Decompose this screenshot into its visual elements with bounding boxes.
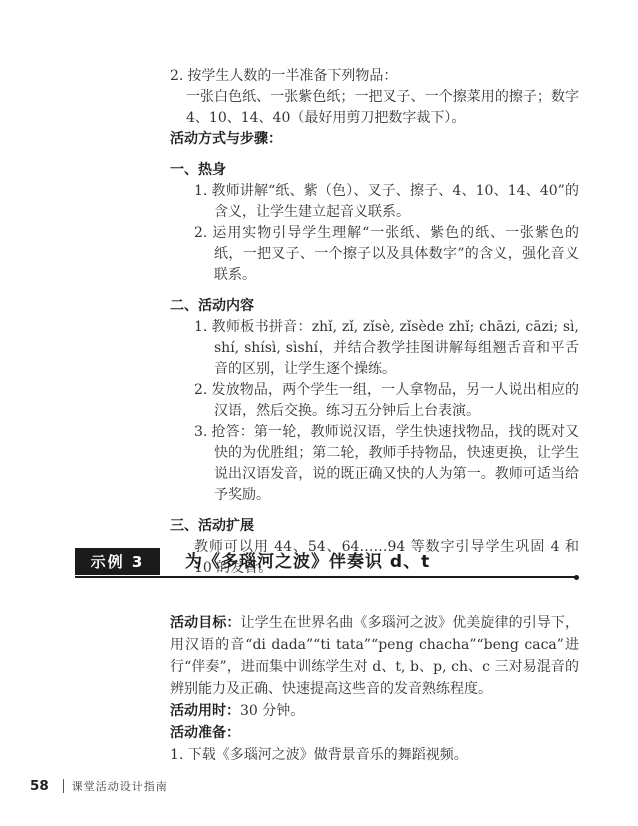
- activity-item-3-text: 抢答：第一轮，教师说汉语，学生快速找物品，找的既对又快的为优胜组；第二轮，教师手…: [211, 424, 579, 503]
- time-label: 活动用时：: [170, 703, 240, 719]
- preparation-item-2-body: 一张白色纸、一张紫色纸；一把叉子、一个擦菜用的擦子；数字 4、10、14、40（…: [186, 87, 579, 129]
- warmup-item-1: 1.教师讲解“纸、紫（色）、叉子、擦子、4、10、14、40”的含义，让学生建立…: [194, 181, 579, 223]
- page-number: 58: [30, 778, 49, 794]
- book-page: { "intro": { "item2_number": "2.", "item…: [0, 0, 638, 826]
- goal-label: 活动目标：: [170, 615, 241, 631]
- main-text-column: 2.按学生人数的一半准备下列物品： 一张白色纸、一张紫色纸；一把叉子、一个擦菜用…: [170, 66, 579, 579]
- section-heading-warmup: 一、热身: [170, 160, 579, 181]
- activity-item-1-text: 教师板书拼音：zhǐ, zǐ, zǐsè, zǐsède zhǐ; chāzi,…: [211, 319, 579, 377]
- activity-content-items: 1.教师板书拼音：zhǐ, zǐ, zǐsè, zǐsède zhǐ; chāz…: [194, 317, 579, 506]
- list-number: 2.: [170, 68, 183, 84]
- example-3-badge: 示例 3: [75, 548, 160, 575]
- warmup-item-2: 2.运用实物引导学生理解“一张纸、紫色的纸、一张紫色的纸，一把叉子、一个擦子以及…: [194, 223, 579, 286]
- list-number: 1.: [194, 183, 207, 199]
- time-line: 活动用时：30 分钟。: [170, 700, 579, 722]
- goal-paragraph: 活动目标：让学生在世界名曲《多瑙河之波》优美旋律的引导下，用汉语的音“di da…: [170, 612, 579, 700]
- example-3-title: 为《多瑙河之波》伴奏识 d、t: [185, 547, 430, 572]
- section-heading-activity-content: 二、活动内容: [170, 296, 579, 317]
- section-heading-extension: 三、活动扩展: [170, 516, 579, 537]
- list-number: 2.: [194, 225, 207, 241]
- warmup-item-1-text: 教师讲解“纸、紫（色）、叉子、擦子、4、10、14、40”的含义，让学生建立起音…: [211, 183, 579, 220]
- list-number: 1.: [194, 319, 207, 335]
- activity-item-3: 3.抢答：第一轮，教师说汉语，学生快速找物品，找的既对又快的为优胜组；第二轮，教…: [194, 422, 579, 506]
- steps-heading: 活动方式与步骤：: [170, 129, 579, 150]
- example-3-body: 活动目标：让学生在世界名曲《多瑙河之波》优美旋律的引导下，用汉语的音“di da…: [170, 612, 579, 766]
- time-text: 30 分钟。: [240, 703, 304, 719]
- activity-item-1: 1.教师板书拼音：zhǐ, zǐ, zǐsè, zǐsède zhǐ; chāz…: [194, 317, 579, 380]
- list-number: 3.: [194, 424, 207, 440]
- footer-divider: [63, 779, 64, 793]
- footer-book-title: 课堂活动设计指南: [72, 778, 168, 794]
- list-number: 2.: [194, 382, 207, 398]
- prep-item-1: 1. 下载《多瑙河之波》做背景音乐的舞蹈视频。: [170, 744, 579, 766]
- warmup-items: 1.教师讲解“纸、紫（色）、叉子、擦子、4、10、14、40”的含义，让学生建立…: [194, 181, 579, 286]
- preparation-item-2: 2.按学生人数的一半准备下列物品：: [170, 66, 579, 87]
- prep-label: 活动准备：: [170, 722, 579, 744]
- preparation-item-2-head: 按学生人数的一半准备下列物品：: [187, 68, 397, 84]
- activity-item-2: 2.发放物品，两个学生一组，一人拿物品，另一人说出相应的汉语，然后交换。练习五分…: [194, 380, 579, 422]
- page-footer: 58 课堂活动设计指南: [30, 778, 168, 794]
- warmup-item-2-text: 运用实物引导学生理解“一张纸、紫色的纸、一张紫色的纸，一把叉子、一个擦子以及具体…: [211, 225, 579, 283]
- activity-item-2-text: 发放物品，两个学生一组，一人拿物品，另一人说出相应的汉语，然后交换。练习五分钟后…: [211, 382, 579, 419]
- example-3-banner: 示例 3 为《多瑙河之波》伴奏识 d、t: [75, 549, 578, 578]
- banner-end-dot: [574, 575, 579, 580]
